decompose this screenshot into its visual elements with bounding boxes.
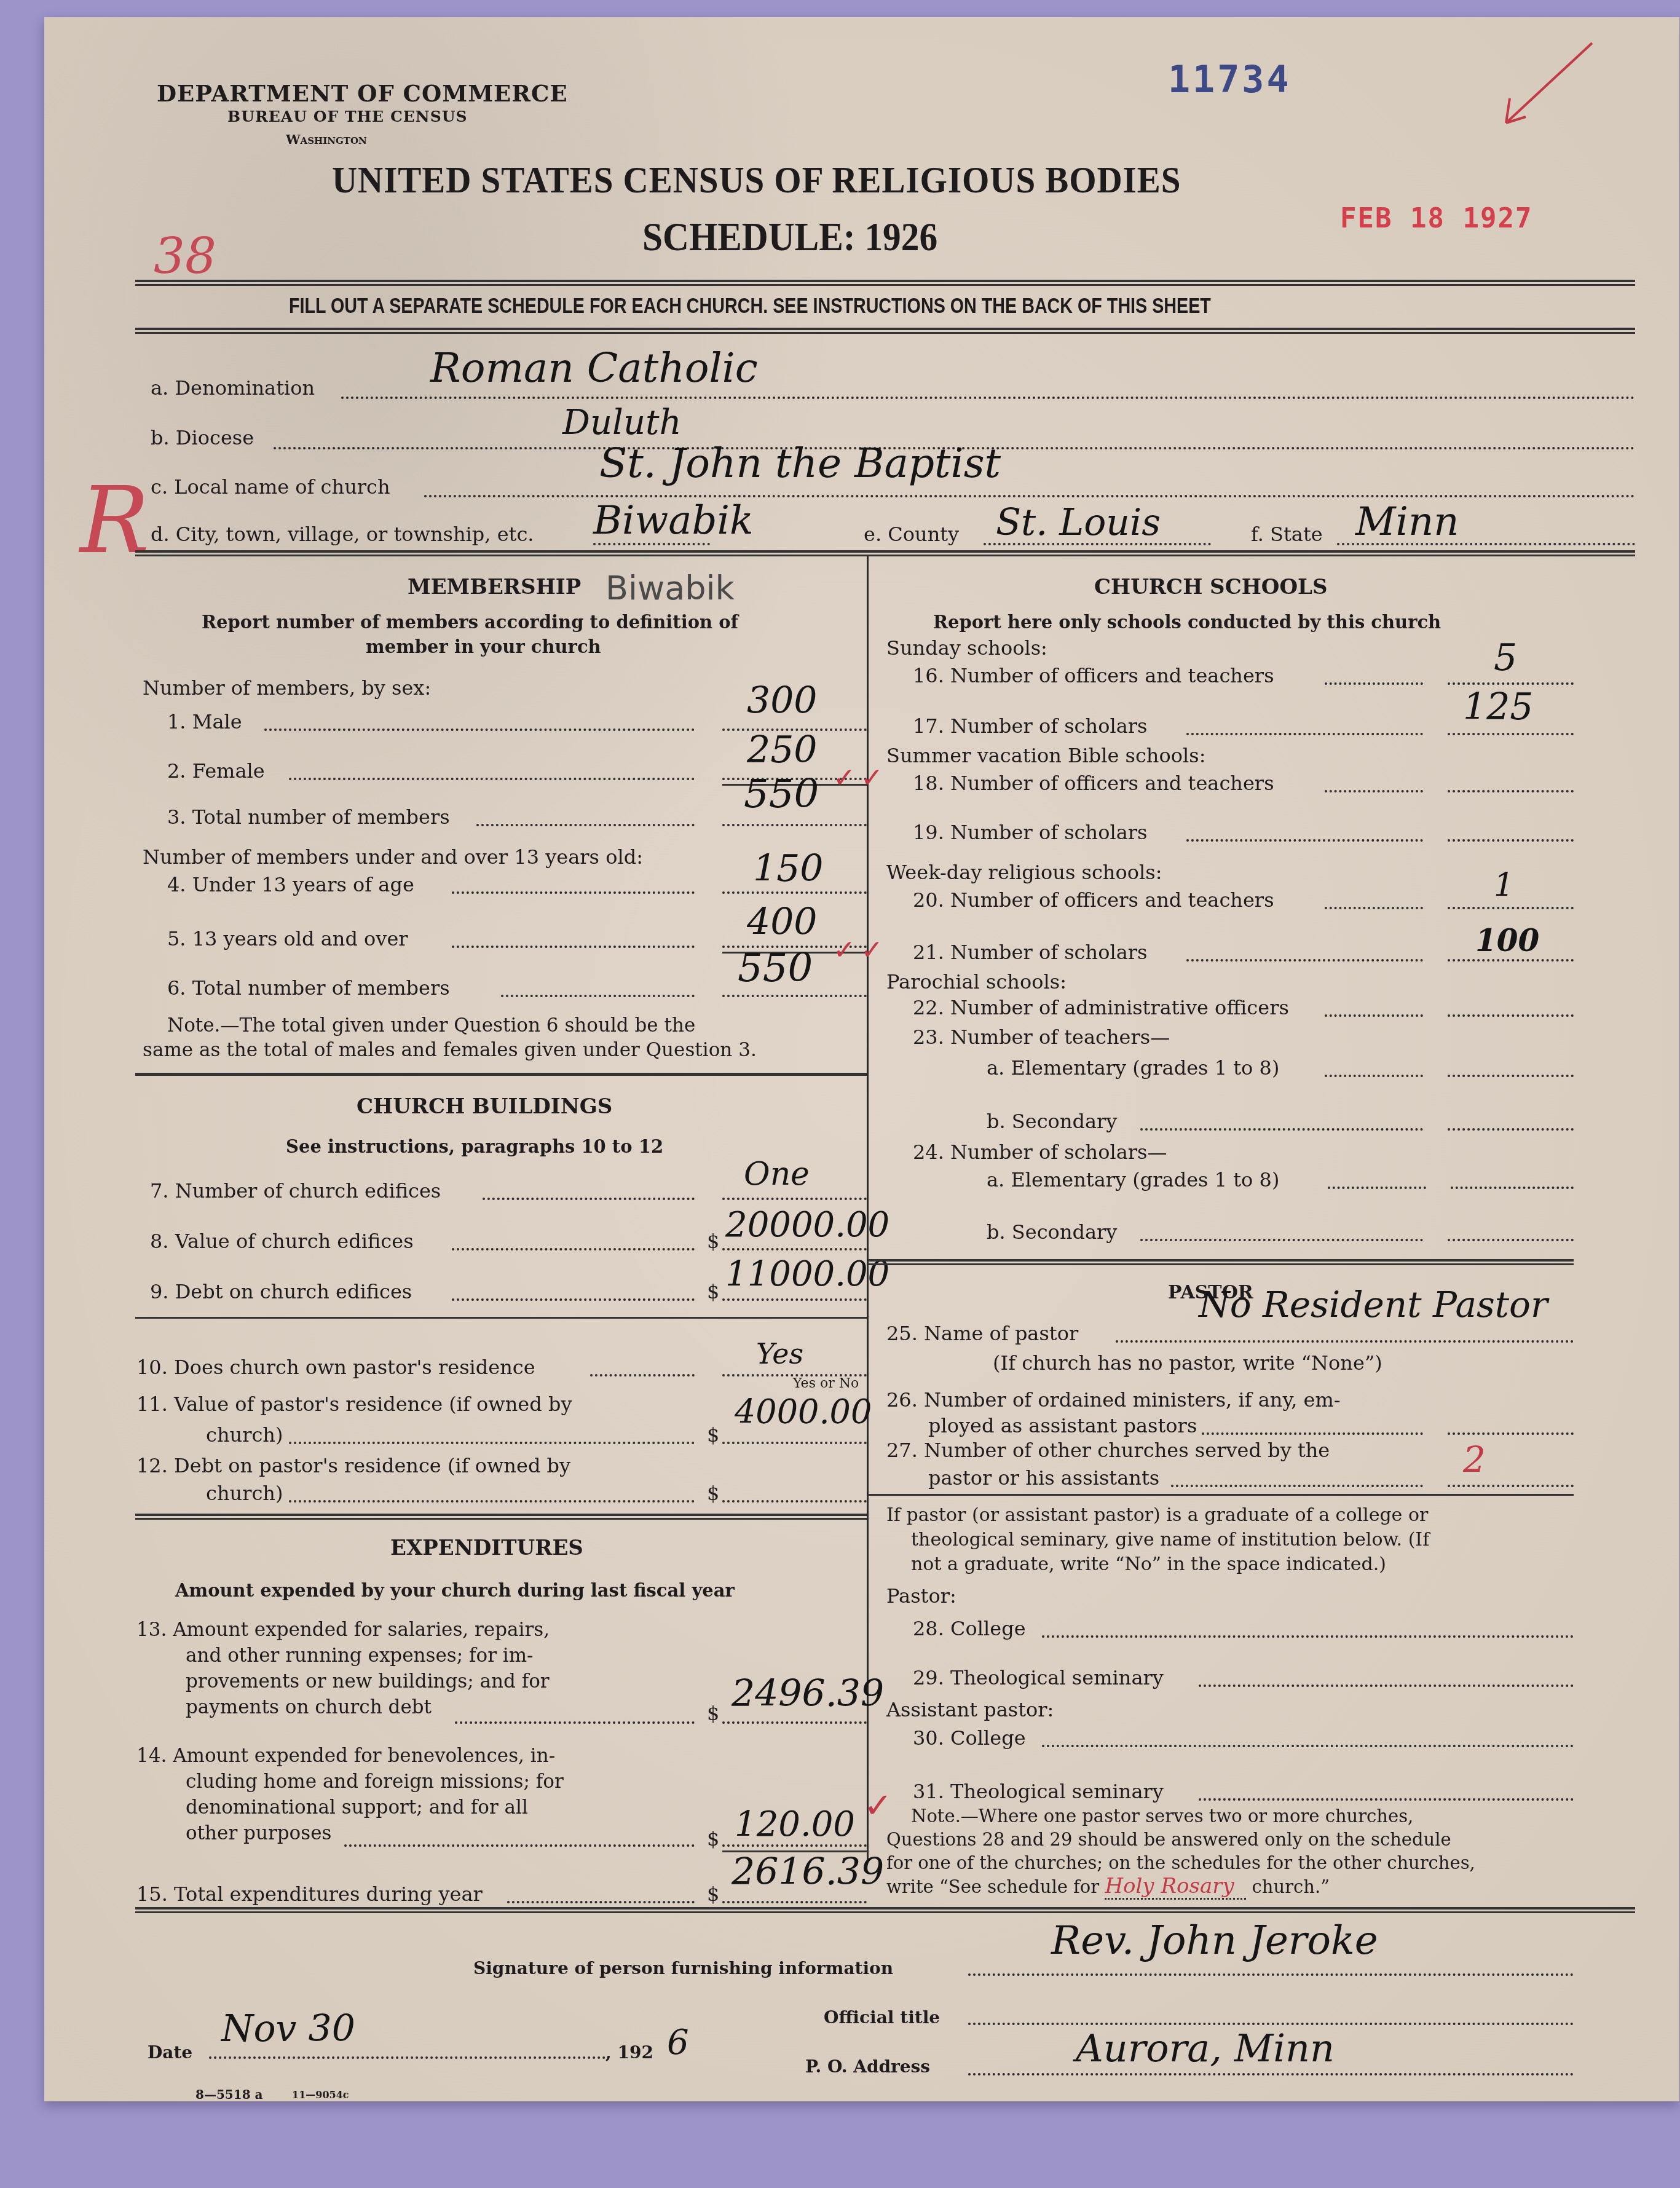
q12-residence-debt-field bbox=[722, 1500, 867, 1503]
summer-schools-label: Summer vacation Bible schools: bbox=[886, 744, 1205, 767]
q27-leader bbox=[1171, 1485, 1423, 1487]
q17-leader bbox=[1186, 733, 1423, 735]
location-heading: Washington bbox=[286, 132, 367, 147]
q7-label: 7. Number of church edifices bbox=[150, 1179, 441, 1203]
q6-line bbox=[722, 995, 867, 997]
graduate-instructions: If pastor (or assistant pastor) is a gra… bbox=[886, 1503, 1575, 1577]
q21-weekday-scholars-field[interactable]: 100 bbox=[1475, 922, 1539, 958]
serial-number: 11734 bbox=[1168, 58, 1292, 101]
q13-line: and other running expenses; for im- bbox=[136, 1643, 550, 1669]
q23b-label: b. Secondary bbox=[987, 1110, 1117, 1133]
q13-label: 13. Amount expended for salaries, repair… bbox=[136, 1617, 550, 1720]
q6-leader bbox=[501, 995, 695, 997]
denomination-field[interactable]: Roman Catholic bbox=[430, 344, 758, 392]
q16-leader bbox=[1325, 682, 1423, 685]
po-address-label: P. O. Address bbox=[805, 2056, 930, 2077]
q3-total-field[interactable]: 550 bbox=[744, 772, 819, 817]
red-check-icon: ✓ bbox=[861, 762, 883, 794]
q24a-label: a. Elementary (grades 1 to 8) bbox=[987, 1168, 1279, 1191]
po-address-field[interactable]: Aurora, Minn bbox=[1076, 2026, 1335, 2071]
red-check-arrow-icon bbox=[1488, 37, 1611, 148]
q24b-leader bbox=[1140, 1239, 1423, 1241]
q5-over13-field[interactable]: 400 bbox=[747, 901, 818, 944]
q7-edifices-field[interactable]: One bbox=[744, 1156, 810, 1193]
q1-label: 1. Male bbox=[167, 710, 242, 733]
po-address-line bbox=[968, 2073, 1574, 2075]
pastor-note-line: Questions 28 and 29 should be answered o… bbox=[886, 1828, 1578, 1851]
state-label: f. State bbox=[1251, 523, 1323, 546]
q10-leader bbox=[590, 1374, 695, 1376]
q24-label: 24. Number of scholars— bbox=[913, 1140, 1167, 1164]
date-field[interactable]: Nov 30 bbox=[221, 2007, 355, 2050]
q6-label: 6. Total number of members bbox=[167, 976, 450, 1000]
official-title-field[interactable] bbox=[968, 2023, 1574, 2025]
state-field[interactable]: Minn bbox=[1355, 499, 1459, 545]
q24a-elementary-scholars-field[interactable] bbox=[1451, 1187, 1574, 1189]
membership-note-line: Note.—The total given under Question 6 s… bbox=[143, 1013, 850, 1038]
by-sex-label: Number of members, by sex: bbox=[143, 676, 431, 700]
q1-leader bbox=[264, 729, 695, 731]
pastor-note-line: Note.—Where one pastor serves two or mor… bbox=[886, 1804, 1578, 1828]
q18-leader bbox=[1325, 790, 1423, 792]
q27-label: 27. Number of other churches served by t… bbox=[886, 1439, 1330, 1462]
q19-label: 19. Number of scholars bbox=[913, 821, 1147, 844]
q15-label: 15. Total expenditures during year bbox=[136, 1882, 483, 1906]
q13-line: payments on church debt bbox=[136, 1694, 550, 1720]
q31-label: 31. Theological seminary bbox=[913, 1780, 1164, 1803]
membership-note: Note.—The total given under Question 6 s… bbox=[143, 1013, 850, 1062]
red-check-icon: ✓ bbox=[833, 934, 856, 966]
q23b-leader bbox=[1140, 1128, 1423, 1131]
q5-leader bbox=[452, 946, 695, 948]
q13-line: 13. Amount expended for salaries, repair… bbox=[136, 1617, 550, 1643]
q1-male-field[interactable]: 300 bbox=[747, 679, 818, 722]
county-label: e. County bbox=[864, 523, 959, 546]
church-buildings-heading: CHURCH BUILDINGS bbox=[357, 1094, 612, 1119]
denomination-label: a. Denomination bbox=[151, 376, 315, 400]
q17-sunday-scholars-field[interactable]: 125 bbox=[1463, 685, 1534, 729]
margin-letter-mark: R bbox=[80, 467, 149, 574]
membership-heading: MEMBERSHIP bbox=[408, 575, 581, 599]
official-title-label: Official title bbox=[824, 2007, 940, 2028]
section-divider bbox=[135, 1317, 867, 1319]
date-line bbox=[209, 2056, 605, 2059]
q14-label: 14. Amount expended for benevolences, in… bbox=[136, 1743, 564, 1846]
signature-label: Signature of person furnishing informati… bbox=[473, 1958, 893, 1978]
q25-hint: (If church has no pastor, write “None”) bbox=[993, 1351, 1382, 1375]
dollar-sign: $ bbox=[707, 1482, 719, 1505]
graduate-note-line: not a graduate, write “No” in the space … bbox=[886, 1552, 1575, 1577]
print-number: 11—9054c bbox=[292, 2089, 349, 2101]
q26-assistant-ministers-field[interactable] bbox=[1448, 1432, 1574, 1435]
church-schools-heading: CHURCH SCHOOLS bbox=[1094, 575, 1328, 599]
q9-line bbox=[722, 1298, 867, 1301]
q29-label: 29. Theological seminary bbox=[913, 1666, 1164, 1689]
church-buildings-subheading: See instructions, paragraphs 10 to 12 bbox=[286, 1136, 663, 1157]
q14-line: 14. Amount expended for benevolences, in… bbox=[136, 1743, 564, 1769]
diocese-field[interactable]: Duluth bbox=[562, 403, 682, 443]
local-name-label: c. Local name of church bbox=[151, 475, 390, 499]
instruction-banner: FILL OUT A SEPARATE SCHEDULE FOR EACH CH… bbox=[289, 294, 1211, 318]
q14-line: cluding home and foreign missions; for bbox=[136, 1769, 564, 1795]
q3-leader bbox=[476, 824, 695, 826]
divider bbox=[135, 550, 1635, 556]
q11-label-2: church) bbox=[206, 1423, 283, 1447]
section-divider bbox=[135, 1073, 867, 1076]
q11-residence-value-field[interactable]: 4000.00 bbox=[735, 1392, 872, 1431]
q15-total-field[interactable]: 2616.39 bbox=[732, 1850, 884, 1894]
q24a-leader bbox=[1328, 1187, 1426, 1189]
section-divider bbox=[868, 1494, 1574, 1496]
graduate-note-line: theological seminary, give name of insti… bbox=[886, 1528, 1575, 1552]
expenditures-heading: EXPENDITURES bbox=[390, 1536, 583, 1560]
q7-leader bbox=[483, 1198, 695, 1200]
q2-label: 2. Female bbox=[167, 759, 265, 783]
q27-label-2: pastor or his assistants bbox=[928, 1466, 1159, 1490]
note-text: church.” bbox=[1252, 1876, 1330, 1897]
q18-label: 18. Number of officers and teachers bbox=[913, 772, 1274, 795]
department-heading: DEPARTMENT OF COMMERCE bbox=[157, 80, 568, 107]
weekday-schools-label: Week-day religious schools: bbox=[886, 861, 1162, 884]
q4-line bbox=[722, 891, 867, 894]
q20-line bbox=[1448, 907, 1574, 909]
q24b-secondary-scholars-field[interactable] bbox=[1448, 1239, 1574, 1241]
membership-subheading: Report number of members according to de… bbox=[202, 612, 738, 633]
dollar-sign: $ bbox=[707, 1280, 719, 1303]
q8-line bbox=[722, 1248, 867, 1250]
q27-line bbox=[1448, 1485, 1574, 1487]
q13-line: provements or new buildings; and for bbox=[136, 1669, 550, 1694]
q14-leader bbox=[344, 1844, 695, 1847]
date-label: Date bbox=[148, 2042, 192, 2063]
q11-line bbox=[722, 1442, 867, 1444]
q4-label: 4. Under 13 years of age bbox=[167, 873, 414, 896]
by-age-label: Number of members under and over 13 year… bbox=[143, 845, 643, 869]
q23a-leader bbox=[1325, 1075, 1423, 1077]
q14-line bbox=[722, 1844, 867, 1847]
q15-leader bbox=[507, 1901, 695, 1903]
red-check-icon: ✓ bbox=[833, 762, 856, 794]
q12-label-2: church) bbox=[206, 1482, 283, 1505]
q12-label: 12. Debt on pastor's residence (if owned… bbox=[136, 1454, 570, 1477]
local-name-line bbox=[424, 495, 1635, 497]
q23a-elementary-teachers-field[interactable] bbox=[1448, 1075, 1574, 1077]
denomination-line bbox=[341, 397, 1635, 399]
divider bbox=[868, 1259, 1574, 1265]
q24b-label: b. Secondary bbox=[987, 1220, 1117, 1244]
local-name-field[interactable]: St. John the Baptist bbox=[599, 440, 1001, 487]
q14-line: denominational support; and for all bbox=[136, 1795, 564, 1820]
q15-line bbox=[722, 1901, 867, 1903]
note-text: write “See schedule for bbox=[886, 1876, 1099, 1897]
q18-summer-teachers-field[interactable] bbox=[1448, 790, 1574, 792]
q17-label: 17. Number of scholars bbox=[913, 714, 1147, 738]
assistant-subsection-label: Assistant pastor: bbox=[886, 1698, 1054, 1721]
q9-debt-field[interactable]: 11000.00 bbox=[725, 1254, 889, 1294]
q26-leader bbox=[1202, 1432, 1423, 1435]
dollar-sign: $ bbox=[707, 1702, 719, 1725]
signature-line bbox=[968, 1973, 1574, 1976]
q6-total-field[interactable]: 550 bbox=[738, 946, 813, 991]
membership-note-line: same as the total of males and females g… bbox=[143, 1038, 850, 1062]
q4-leader bbox=[452, 891, 695, 894]
document-title: UNITED STATES CENSUS OF RELIGIOUS BODIES bbox=[332, 159, 1181, 202]
q3-label: 3. Total number of members bbox=[167, 805, 450, 829]
q25-label: 25. Name of pastor bbox=[886, 1322, 1078, 1345]
graduate-note-line: If pastor (or assistant pastor) is a gra… bbox=[886, 1503, 1575, 1528]
divider bbox=[135, 280, 1635, 286]
q2-leader bbox=[289, 778, 695, 780]
q22-leader bbox=[1325, 1014, 1423, 1017]
q28-label: 28. College bbox=[913, 1617, 1026, 1640]
q19-summer-scholars-field[interactable] bbox=[1448, 839, 1574, 842]
q19-leader bbox=[1186, 839, 1423, 842]
q26-label-2: ployed as assistant pastors bbox=[928, 1414, 1197, 1437]
q7-line bbox=[722, 1198, 867, 1200]
membership-subheading-2: member in your church bbox=[366, 636, 601, 657]
q9-leader bbox=[452, 1298, 695, 1301]
margin-number-mark: 38 bbox=[154, 227, 216, 285]
q21-label: 21. Number of scholars bbox=[913, 941, 1147, 964]
q30-label: 30. College bbox=[913, 1726, 1026, 1750]
pastor-note: Note.—Where one pastor serves two or mor… bbox=[886, 1804, 1578, 1900]
q5-label: 5. 13 years old and over bbox=[167, 927, 408, 950]
q16-line bbox=[1448, 682, 1574, 685]
sunday-schools-label: Sunday schools: bbox=[886, 636, 1047, 660]
q10-residence-field[interactable]: Yes bbox=[756, 1337, 803, 1370]
q4-under13-field[interactable]: 150 bbox=[753, 847, 824, 890]
q8-value-field[interactable]: 20000.00 bbox=[725, 1205, 889, 1245]
q28-college-field[interactable] bbox=[1042, 1635, 1574, 1638]
q8-label: 8. Value of church edifices bbox=[150, 1230, 414, 1253]
pastor-note-line: for one of the churches; on the schedule… bbox=[886, 1851, 1578, 1874]
q13-running-expenses-field[interactable]: 2496.39 bbox=[732, 1672, 884, 1715]
bureau-heading: BUREAU OF THE CENSUS bbox=[227, 108, 468, 125]
q23a-label: a. Elementary (grades 1 to 8) bbox=[987, 1056, 1279, 1080]
expenditures-subheading: Amount expended by your church during la… bbox=[175, 1580, 735, 1601]
parochial-schools-label: Parochial schools: bbox=[886, 970, 1067, 993]
divider bbox=[135, 1907, 1635, 1913]
q12-leader bbox=[289, 1500, 695, 1503]
q13-line bbox=[722, 1721, 867, 1724]
q2-female-field[interactable]: 250 bbox=[747, 729, 818, 772]
q31-seminary-field[interactable] bbox=[1199, 1798, 1574, 1801]
church-schools-subheading: Report here only schools conducted by th… bbox=[933, 612, 1441, 633]
q26-label: 26. Number of ordained ministers, if any… bbox=[886, 1388, 1341, 1412]
dollar-sign: $ bbox=[707, 1827, 719, 1850]
pastor-note-last-line: write “See schedule for Holy Rosary chur… bbox=[886, 1874, 1578, 1900]
q21-leader bbox=[1186, 959, 1423, 962]
q3-line bbox=[722, 824, 867, 826]
form-number: 8—5518 a bbox=[195, 2087, 263, 2102]
q20-label: 20. Number of officers and teachers bbox=[913, 888, 1274, 912]
dollar-sign: $ bbox=[707, 1423, 719, 1447]
red-check-icon: ✓ bbox=[861, 934, 883, 966]
q27-other-churches-field[interactable]: 2 bbox=[1463, 1439, 1486, 1480]
q22-admin-officers-field[interactable] bbox=[1448, 1014, 1574, 1017]
county-field[interactable]: St. Louis bbox=[996, 501, 1161, 544]
year-prefix: , 192 bbox=[605, 2042, 653, 2063]
q10-label: 10. Does church own pastor's residence bbox=[136, 1356, 535, 1379]
q8-leader bbox=[452, 1248, 695, 1250]
q11-label: 11. Value of pastor's residence (if owne… bbox=[136, 1392, 572, 1416]
city-label: d. City, town, village, or township, etc… bbox=[151, 523, 534, 546]
city-field[interactable]: Biwabik bbox=[593, 498, 754, 543]
q20-leader bbox=[1325, 907, 1423, 909]
divider bbox=[135, 328, 1635, 334]
q22-label: 22. Number of administrative officers bbox=[913, 996, 1289, 1019]
q30-college-field[interactable] bbox=[1042, 1745, 1574, 1747]
q9-label: 9. Debt on church edifices bbox=[150, 1280, 412, 1303]
membership-pencil-note: Biwabik bbox=[605, 569, 735, 607]
q14-line: other purposes bbox=[136, 1820, 564, 1846]
signature-field[interactable]: Rev. John Jeroke bbox=[1051, 1918, 1378, 1964]
q16-sunday-teachers-field[interactable]: 5 bbox=[1494, 636, 1517, 679]
dollar-sign: $ bbox=[707, 1882, 719, 1906]
divider bbox=[135, 1514, 867, 1520]
q17-line bbox=[1448, 733, 1574, 735]
q11-leader bbox=[289, 1442, 695, 1444]
q25-pastor-name-field[interactable]: No Resident Pastor bbox=[1199, 1284, 1548, 1325]
q29-seminary-field[interactable] bbox=[1199, 1684, 1574, 1687]
q20-weekday-teachers-field[interactable]: 1 bbox=[1494, 867, 1514, 904]
q23-label: 23. Number of teachers— bbox=[913, 1025, 1170, 1049]
q23b-secondary-teachers-field[interactable] bbox=[1448, 1128, 1574, 1131]
received-date-stamp: FEB 18 1927 bbox=[1340, 203, 1532, 234]
q16-label: 16. Number of officers and teachers bbox=[913, 664, 1274, 687]
yes-or-no-hint: Yes or No bbox=[793, 1376, 859, 1391]
pastor-subsection-label: Pastor: bbox=[886, 1584, 956, 1608]
q14-benevolences-field[interactable]: 120.00 bbox=[735, 1804, 855, 1844]
q21-line bbox=[1448, 959, 1574, 962]
q25-line bbox=[1116, 1340, 1574, 1343]
year-field[interactable]: 6 bbox=[667, 2023, 689, 2063]
dollar-sign: $ bbox=[707, 1230, 719, 1253]
diocese-label: b. Diocese bbox=[151, 426, 254, 449]
see-schedule-church-field[interactable]: Holy Rosary bbox=[1105, 1874, 1246, 1900]
q13-leader bbox=[455, 1721, 695, 1724]
schedule-year: SCHEDULE: 1926 bbox=[642, 214, 937, 261]
